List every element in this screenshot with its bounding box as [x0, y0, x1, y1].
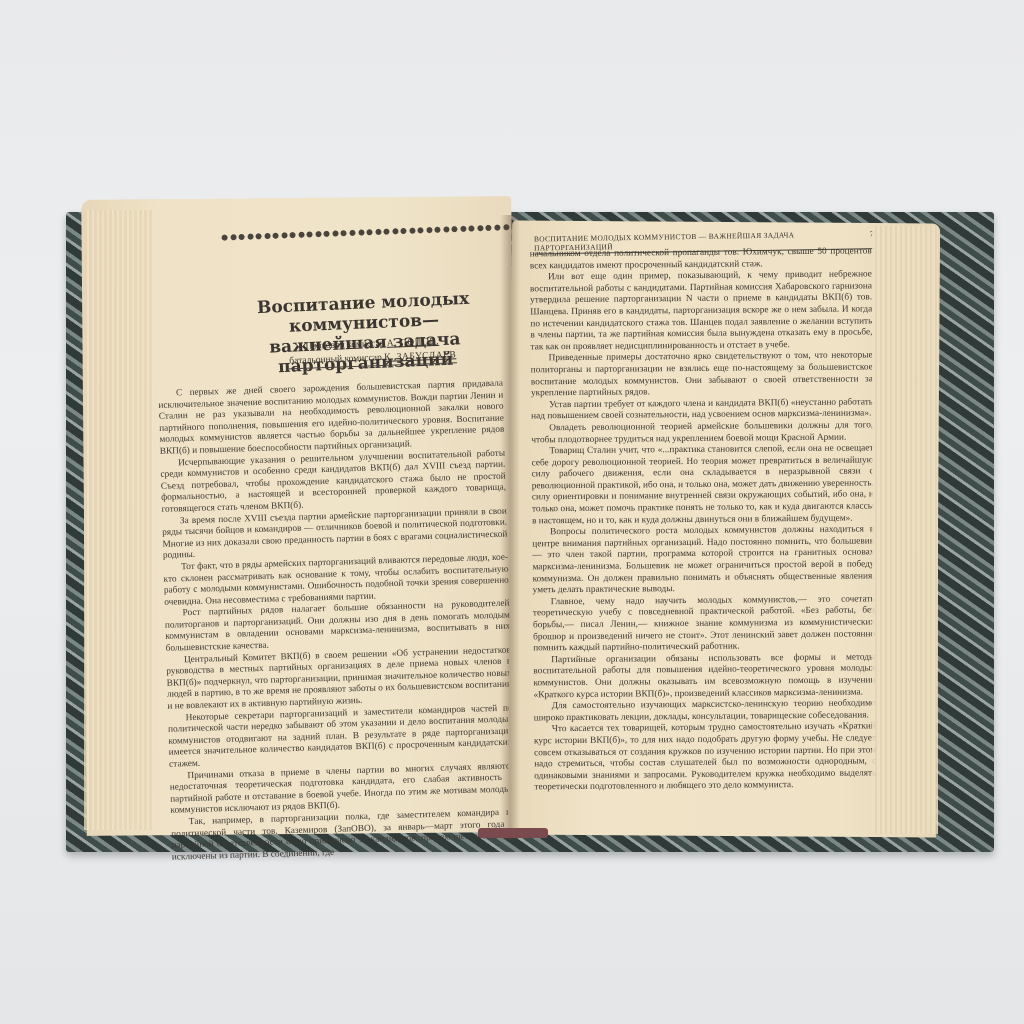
paragraph: Некоторые секретари парторганизаций и за…	[168, 703, 515, 771]
ornament-dot	[290, 232, 296, 238]
paragraph: Исчерпывающие указания о решительном улу…	[160, 448, 507, 516]
ornament-dot	[358, 229, 364, 235]
ornament-dot	[281, 232, 287, 238]
left-body-text: С первых же дней своего зарождения больш…	[158, 379, 517, 864]
book-gutter	[500, 215, 520, 840]
ornament-dot	[486, 225, 492, 231]
ribbon-bookmark	[478, 828, 548, 838]
ornament-dot	[307, 231, 313, 237]
ornament-dot	[264, 233, 270, 239]
ornament-dot	[247, 234, 253, 240]
author1-role: Полковой комиссар	[305, 339, 384, 352]
paragraph: Овладеть революционной теорией армейские…	[531, 420, 873, 446]
ornament-dot	[298, 232, 304, 238]
ornament-dot	[426, 227, 432, 233]
paragraph: начальником отдела политической пропаган…	[530, 246, 872, 272]
author2-name: К. ЗАБУСЛАЕВ	[384, 350, 456, 363]
paragraph: Центральный Комитет ВКП(б) в своем решен…	[166, 645, 513, 713]
ornament-dot	[435, 227, 441, 233]
paragraph: Приведенные примеры достаточно ярко свид…	[531, 351, 873, 400]
ornament-dot	[409, 228, 415, 234]
ornament-dot	[469, 225, 475, 231]
ornament-dot	[324, 231, 330, 237]
ornament-dot	[273, 233, 279, 239]
ornament-dot	[341, 230, 347, 236]
paragraph: Устав партии требует от каждого члена и …	[531, 397, 873, 423]
ornament-dot	[315, 231, 321, 237]
ornament-dot	[366, 229, 372, 235]
ornament-dot	[460, 226, 466, 232]
ornament-dot	[349, 230, 355, 236]
ornament-dot	[221, 234, 227, 240]
paragraph: Что касается тех товарищей, которым труд…	[534, 722, 877, 795]
ornament-dot	[443, 226, 449, 232]
paragraph: Так, например, в парторганизации полка, …	[171, 807, 517, 864]
right-body-text: начальником отдела политической пропаган…	[530, 246, 877, 794]
ornament-dot	[477, 225, 483, 231]
ornament-dot	[418, 227, 424, 233]
left-page-edges	[84, 210, 154, 830]
paragraph: Товарищ Сталин учит, что «...практика ст…	[531, 443, 874, 527]
ornament-dot	[383, 229, 389, 235]
ornament-dot	[401, 228, 407, 234]
right-page-edges	[872, 226, 938, 834]
ornament-dot	[332, 230, 338, 236]
ornament-dot	[256, 233, 262, 239]
author2-role: батальонный комиссар	[289, 353, 382, 366]
ornament-dot	[230, 234, 236, 240]
author1-name: А. ПОПОВ,	[387, 337, 440, 349]
decorative-dot-border	[221, 224, 509, 243]
paragraph: Вопросы политического роста молодых комм…	[532, 525, 875, 598]
paragraph: Для самостоятельно изучающих марксистско…	[534, 699, 876, 725]
left-page-content: Воспитание молодых коммунистов— важнейша…	[161, 196, 501, 199]
paragraph: С первых же дней своего зарождения больш…	[158, 379, 505, 459]
paragraph: Главное, чему надо научить молодых комму…	[533, 594, 875, 655]
paragraph: Или вот еще один пример, показывающий, к…	[530, 270, 873, 354]
ornament-dot	[392, 228, 398, 234]
ornament-dot	[452, 226, 458, 232]
ornament-dot	[375, 229, 381, 235]
ornament-dot	[239, 234, 245, 240]
paragraph: Партийные организации обязаны использова…	[533, 652, 875, 701]
